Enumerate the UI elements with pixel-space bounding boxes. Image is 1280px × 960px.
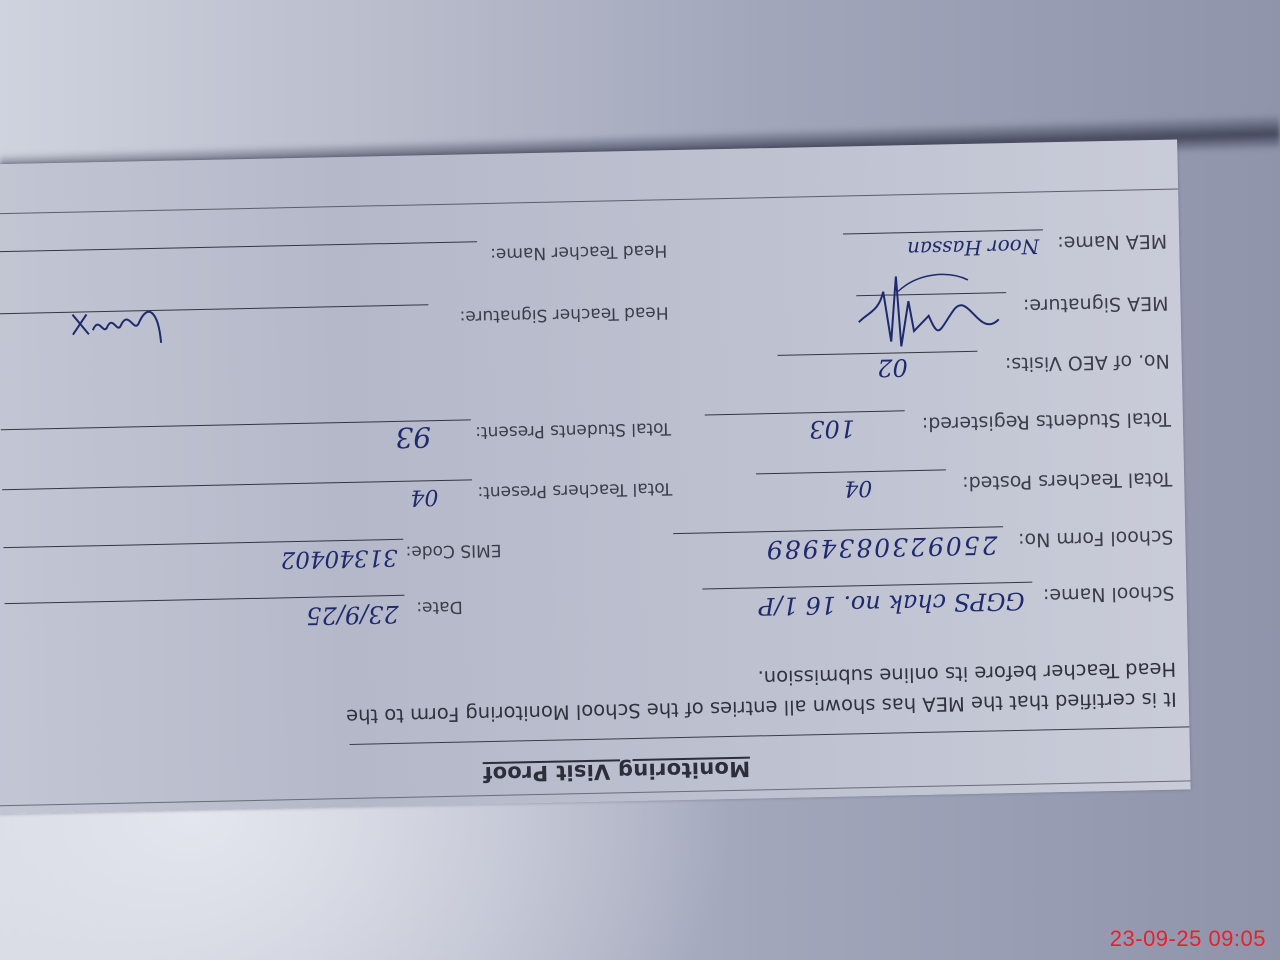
students-registered-label: Total Students Registered: (922, 408, 1172, 435)
mea-signature-label: MEA Signature: (1023, 292, 1169, 317)
title-divider (350, 726, 1190, 745)
date-label: Date: (416, 597, 463, 618)
teachers-posted-line (756, 469, 946, 474)
school-name-label: School Name: (1043, 582, 1175, 607)
students-present-label: Total Students Present: (475, 418, 671, 442)
camera-timestamp: 23-09-25 09:05 (1110, 926, 1266, 952)
row-form-no-emis: School Form No: 2509230834989 EMIS Code:… (0, 518, 1174, 583)
teachers-present-label: Total Teachers Present: (477, 478, 672, 502)
certification-text: It is certified that the MEA has shown a… (296, 654, 1177, 732)
mea-name-label: MEA Name: (1057, 230, 1167, 254)
row-students: Total Students Registered: 103 Total Stu… (0, 400, 1171, 465)
students-present-value: 93 (395, 420, 431, 454)
students-registered-line (705, 410, 905, 415)
teachers-posted-label: Total Teachers Posted: (962, 468, 1172, 494)
row-teachers: Total Teachers Posted: 04 Total Teachers… (0, 460, 1173, 525)
mea-signature-image (848, 259, 1010, 352)
head-teacher-name-line (0, 241, 477, 252)
row-aeo-visits: No. of AEO Visits: 02 (0, 342, 1170, 407)
mea-name-value: Noor Hassan (907, 234, 1040, 261)
aeo-visits-label: No. of AEO Visits: (1005, 350, 1170, 375)
teachers-present-value: 04 (410, 484, 439, 510)
form-title: Monitoring Visit Proof (483, 757, 751, 787)
school-name-value: GGPS chak no. 16 1/P (758, 587, 1025, 621)
head-teacher-signature-label: Head Teacher Signature: (459, 302, 668, 326)
monitoring-form-sheet: Monitoring Visit Proof It is certified t… (0, 140, 1191, 815)
date-value: 23/9/25 (306, 600, 399, 630)
emis-code-value: 31340402 (280, 544, 398, 572)
teachers-present-line (2, 479, 472, 490)
head-teacher-name-label: Head Teacher Name: (490, 240, 667, 264)
school-form-no-label: School Form No: (1018, 526, 1174, 551)
photo-scene: Monitoring Visit Proof It is certified t… (0, 0, 1280, 960)
bottom-border-line (0, 188, 1178, 214)
teachers-posted-value: 04 (844, 475, 873, 501)
top-border-line (0, 780, 1191, 806)
aeo-visits-value: 02 (877, 353, 908, 382)
row-school-name-date: School Name: GGPS chak no. 16 1/P Date: … (0, 574, 1175, 639)
emis-code-label: EMIS Code: (405, 540, 501, 562)
mea-name-line (843, 229, 1043, 234)
students-registered-value: 103 (809, 414, 855, 443)
head-teacher-signature-image (58, 293, 169, 355)
school-form-no-value: 2509230834989 (764, 530, 997, 564)
